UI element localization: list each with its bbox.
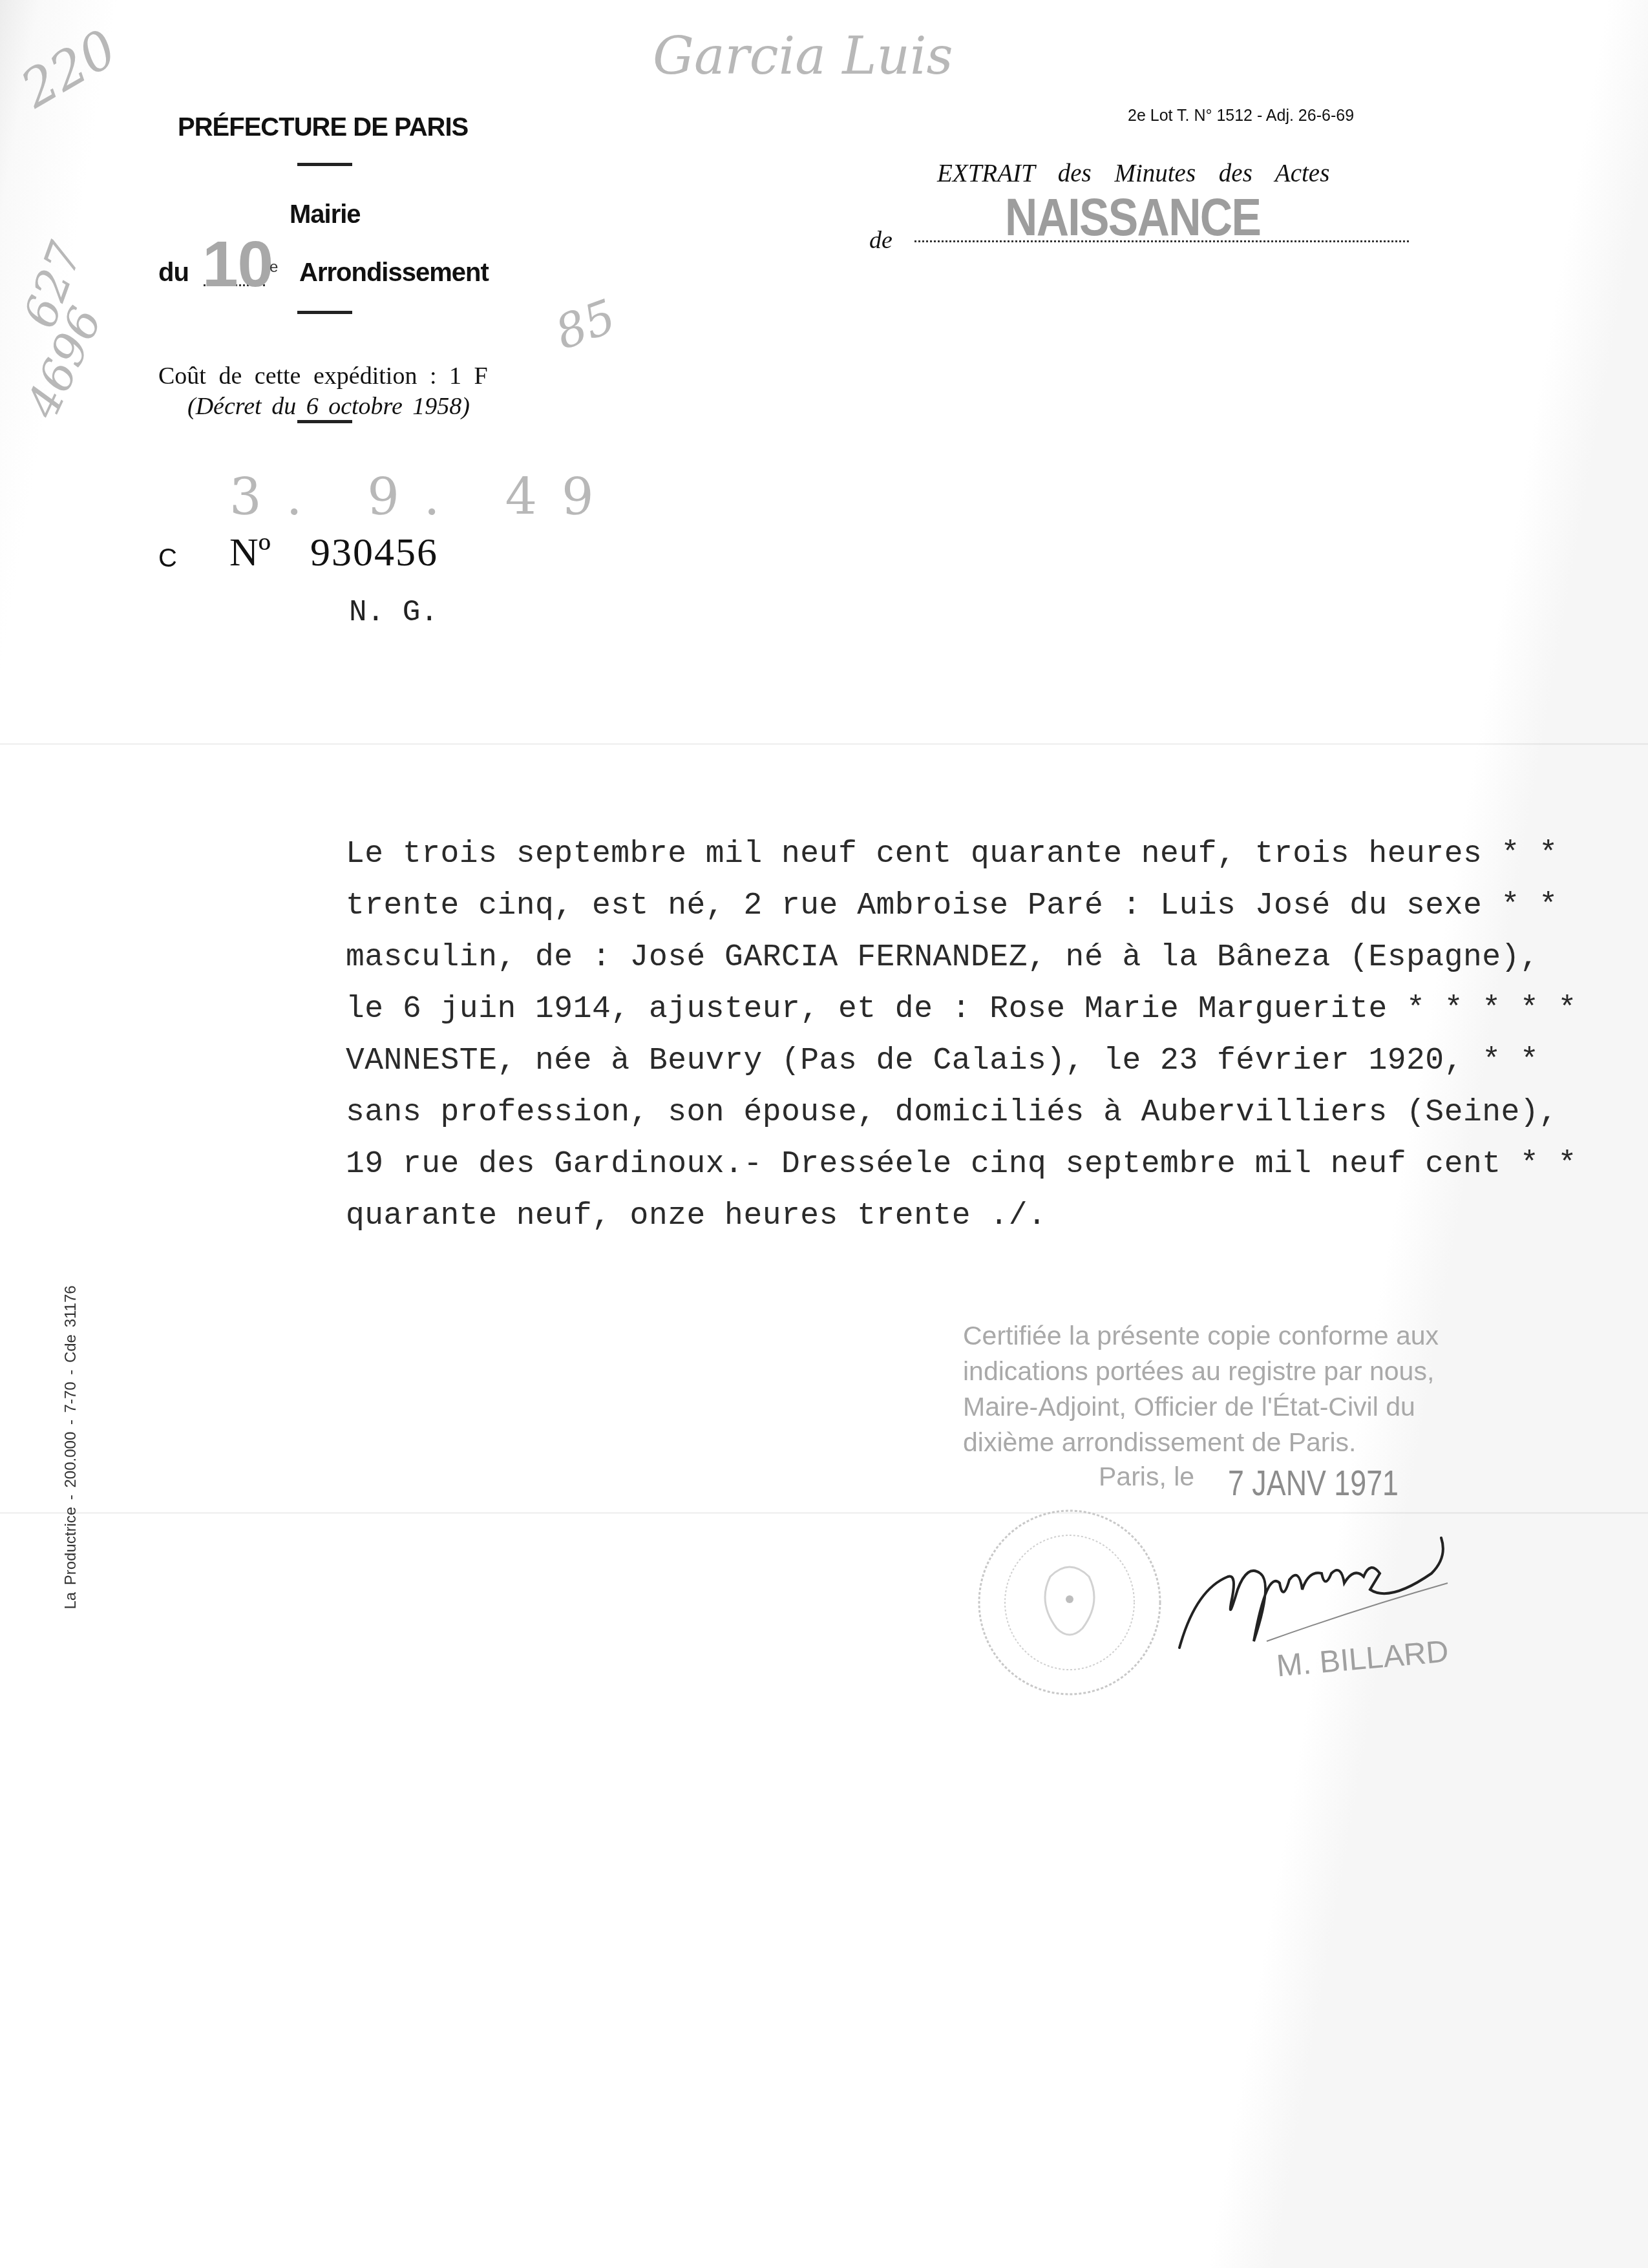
act-body-line: masculin, de : José GARCIA FERNANDEZ, né… bbox=[346, 932, 1577, 983]
arrondissement-number-stamp: 10 bbox=[202, 227, 273, 302]
certification-line: Maire-Adjoint, Officier de l'État-Civil … bbox=[963, 1389, 1467, 1425]
printer-imprint: La Productrice - 200.000 - 7-70 - Cde 31… bbox=[62, 1285, 80, 1609]
handwritten-note-220: 220 bbox=[11, 18, 127, 120]
divider bbox=[297, 163, 352, 166]
seal-icon bbox=[973, 1506, 1167, 1699]
certification-date: 7 JANV 1971 bbox=[1228, 1462, 1399, 1504]
act-body-line: VANNESTE, née à Beuvry (Pas de Calais), … bbox=[346, 1035, 1577, 1087]
act-body-line: trente cinq, est né, 2 rue Ambroise Paré… bbox=[346, 880, 1577, 932]
certificate-number: 930456 bbox=[310, 530, 438, 576]
handwritten-note-85: 85 bbox=[548, 289, 622, 360]
number-label: Nº bbox=[229, 530, 271, 576]
certification-line: dixième arrondissement de Paris. bbox=[963, 1425, 1467, 1460]
series-letter: C bbox=[158, 544, 176, 573]
divider bbox=[297, 420, 352, 423]
official-seal bbox=[973, 1506, 1167, 1699]
act-body-line: sans profession, son épouse, domiciliés … bbox=[346, 1087, 1577, 1139]
decree-reference: (Décret du 6 octobre 1958) bbox=[187, 392, 470, 421]
act-body-line: quarante neuf, onze heures trente ./. bbox=[346, 1190, 1577, 1242]
act-body: Le trois septembre mil neuf cent quarant… bbox=[346, 828, 1577, 1242]
clerk-initials: N. G. bbox=[349, 596, 438, 629]
extrait-title: EXTRAIT des Minutes des Actes bbox=[937, 159, 1329, 188]
act-body-line: Le trois septembre mil neuf cent quarant… bbox=[346, 828, 1577, 880]
signature-icon bbox=[1176, 1512, 1499, 1661]
act-body-line: le 6 juin 1914, ajusteur, et de : Rose M… bbox=[346, 983, 1577, 1035]
de-label: de bbox=[869, 226, 893, 255]
act-type-stamp: NAISSANCE bbox=[1005, 187, 1260, 248]
mairie-label: Mairie bbox=[290, 200, 361, 229]
arrondissement-line: du 10 e Arrondissement bbox=[158, 233, 520, 291]
lot-reference: 2e Lot T. N° 1512 - Adj. 26-6-69 bbox=[1128, 107, 1354, 125]
arrondissement-label: Arrondissement bbox=[299, 258, 489, 288]
act-body-line: 19 rue des Gardinoux.- Dresséele cinq se… bbox=[346, 1139, 1577, 1190]
birth-certificate-page: 220 Garcia Luis 627 4696 85 3. 9. 49 PRÉ… bbox=[0, 0, 1648, 2268]
paper-fold-line bbox=[0, 743, 1648, 745]
arrondissement-suffix: e bbox=[269, 258, 278, 277]
expedition-cost: Coût de cette expédition : 1 F bbox=[158, 362, 488, 390]
place-label: Paris, le bbox=[1099, 1459, 1194, 1495]
certification-line: indications portées au registre par nous… bbox=[963, 1354, 1467, 1389]
du-label: du bbox=[158, 258, 189, 288]
divider bbox=[297, 311, 352, 314]
prefecture-title: PRÉFECTURE DE PARIS bbox=[178, 113, 468, 142]
certification-line: Certifiée la présente copie conforme aux bbox=[963, 1318, 1467, 1354]
certification-stamp: Certifiée la présente copie conforme aux… bbox=[963, 1318, 1467, 1460]
handwritten-date: 3. 9. 49 bbox=[229, 468, 618, 527]
handwritten-name: Garcia Luis bbox=[653, 26, 953, 86]
signature bbox=[1176, 1512, 1499, 1661]
